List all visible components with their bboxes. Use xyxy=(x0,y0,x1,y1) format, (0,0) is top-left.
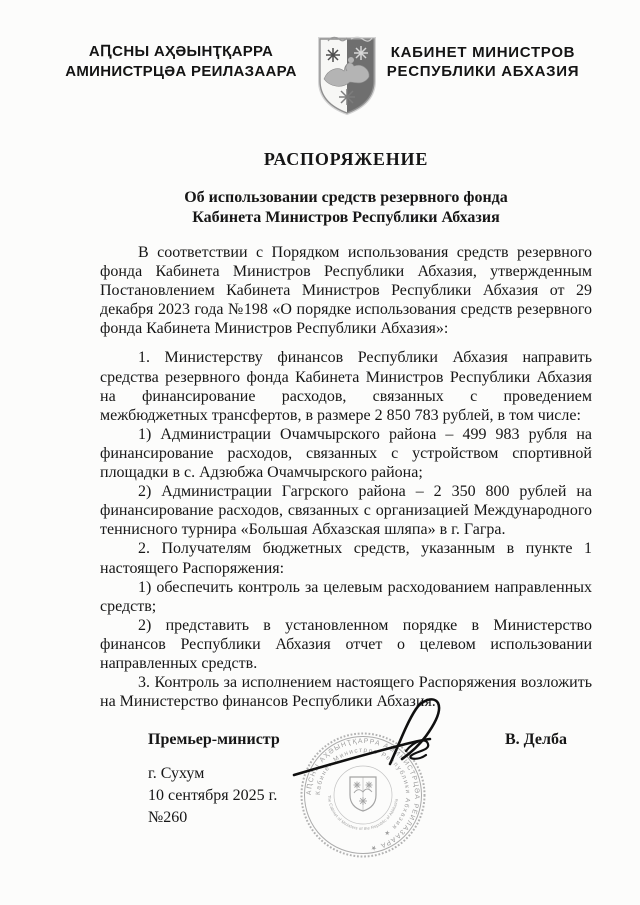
emblem-star-left xyxy=(326,48,340,62)
paragraph-item-1-2: 2) Администрации Гагрского района – 2 35… xyxy=(100,482,592,539)
paragraph-item-2-1: 1) обеспечить контроль за целевым расход… xyxy=(100,578,592,616)
emblem-star-bottom xyxy=(339,89,355,105)
paragraph-item-1: 1. Министерству финансов Республики Абха… xyxy=(100,348,592,424)
document-date: 10 сентября 2025 г. xyxy=(148,787,277,805)
paragraph-item-2-2: 2) представить в установленном порядке в… xyxy=(100,616,592,673)
document-subject-line2: Кабинета Министров Республики Абхазия xyxy=(100,208,592,228)
paragraph-item-1-1: 1) Администрации Очамчырского района – 4… xyxy=(100,425,592,482)
document-body: В соответствии с Порядком использования … xyxy=(100,243,592,711)
header-abkhaz-line2: АМИНИСТРЦӘА РЕИЛАЗААРА xyxy=(58,62,304,82)
document-number: №260 xyxy=(148,809,187,827)
coat-of-arms-emblem xyxy=(314,33,380,117)
document-subject: Об использовании средств резервного фонд… xyxy=(100,188,592,227)
signer-name: В. Делба xyxy=(505,731,567,749)
header-abkhaz-name: АԤСНЫ АҲӘЫНҬҚАРРА АМИНИСТРЦӘА РЕИЛАЗААРА xyxy=(58,42,304,82)
header-russian-line1: КАБИНЕТ МИНИСТРОВ xyxy=(378,43,588,62)
header-abkhaz-line1: АԤСНЫ АҲӘЫНҬҚАРРА xyxy=(58,42,304,62)
emblem-star-right xyxy=(354,46,368,60)
paragraph-item-2: 2. Получателям бюджетных средств, указан… xyxy=(100,539,592,577)
header-russian-line2: РЕСПУБЛИКИ АБХАЗИЯ xyxy=(378,62,588,81)
signer-position: Премьер-министр xyxy=(148,731,280,749)
header-russian-name: КАБИНЕТ МИНИСТРОВ РЕСПУБЛИКИ АБХАЗИЯ xyxy=(378,43,588,81)
document-city: г. Сухум xyxy=(148,765,204,783)
paragraph-preamble: В соответствии с Порядком использования … xyxy=(100,243,592,338)
signature-scribble xyxy=(288,694,453,786)
document-subject-line1: Об использовании средств резервного фонд… xyxy=(100,188,592,208)
document-title: РАСПОРЯЖЕНИЕ xyxy=(100,149,592,170)
